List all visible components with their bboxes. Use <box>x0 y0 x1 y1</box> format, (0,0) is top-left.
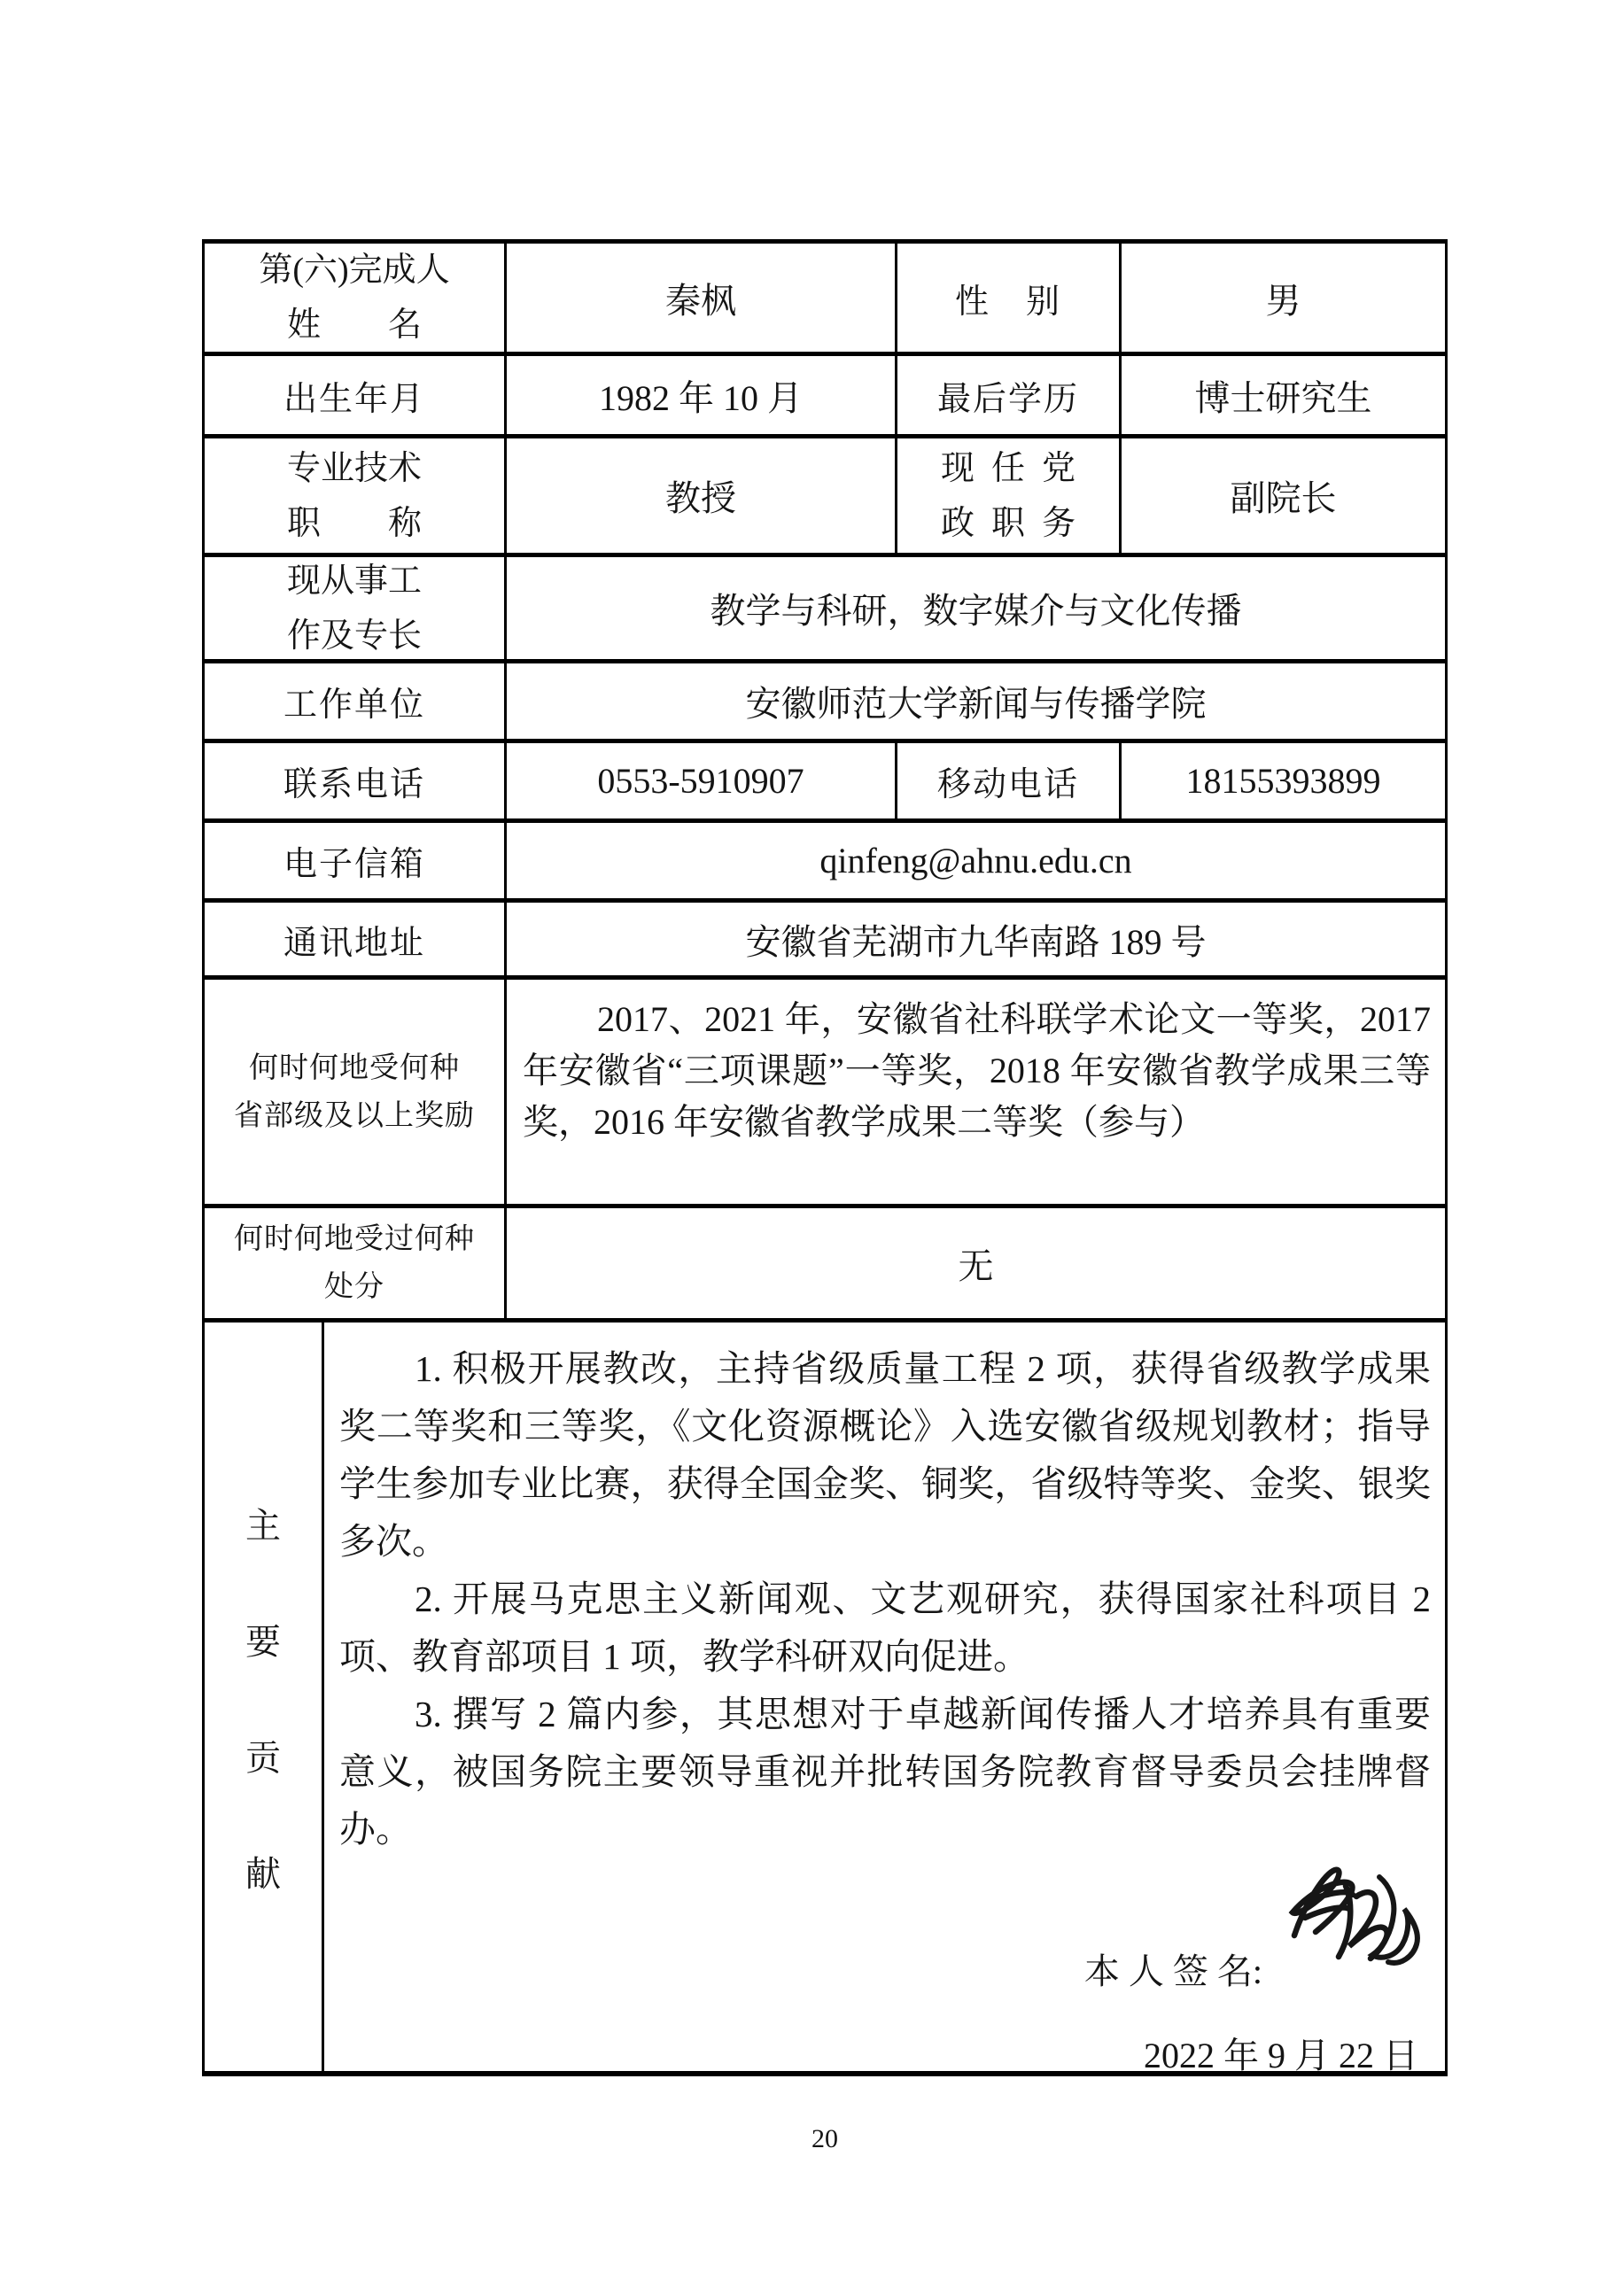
table-row: 何时何地受何种 省部级及以上奖励 2017、2021 年，安徽省社科联学术论文一… <box>205 980 1445 1208</box>
current-work-label-cell: 现从事工 作及专长 <box>205 557 507 659</box>
mobile-phone-value: 18155393899 <box>1122 743 1445 818</box>
current-post-value: 副院长 <box>1122 438 1445 553</box>
professional-title-value: 教授 <box>507 438 897 553</box>
completer-name-label-cell: 第(六)完成人 姓 名 <box>205 244 507 352</box>
awards-label-line2: 省部级及以上奖励 <box>234 1096 475 1136</box>
current-work-label: 现从事工 作及专长 <box>287 560 422 657</box>
main-contribution-content: 1. 积极开展教改，主持省级质量工程 2 项，获得省级教学成果奖二等奖和三等奖，… <box>324 1323 1445 2071</box>
current-work-label-line2: 作及专长 <box>287 615 422 657</box>
contribution-paragraph-3: 3. 撰写 2 篇内参，其思想对于卓越新闻传播人才培养具有重要意义，被国务院主要… <box>339 1686 1431 1858</box>
personal-info-table: 第(六)完成人 姓 名 秦枫 性 别 男 出生年月 1982 年 10 月 最后… <box>202 239 1448 2076</box>
contact-phone-label: 联系电话 <box>205 743 507 818</box>
page-number: 20 <box>202 2124 1448 2154</box>
main-contribution-label-char1: 主 <box>245 1498 281 1548</box>
work-unit-value: 安徽师范大学新闻与传播学院 <box>507 663 1445 739</box>
work-unit-label: 工作单位 <box>205 663 507 739</box>
professional-title-label-line2: 职 称 <box>287 502 422 545</box>
awards-label-cell: 何时何地受何种 省部级及以上奖励 <box>205 980 507 1204</box>
table-row: 工作单位 安徽师范大学新闻与传播学院 <box>205 663 1445 743</box>
final-education-label: 最后学历 <box>897 356 1122 434</box>
table-row: 电子信箱 qinfeng@ahnu.edu.cn <box>205 823 1445 903</box>
final-education-value: 博士研究生 <box>1122 356 1445 434</box>
punishment-label-cell: 何时何地受过何种 处分 <box>205 1208 507 1318</box>
birth-date-value: 1982 年 10 月 <box>507 356 897 434</box>
current-work-value: 教学与科研，数字媒介与文化传播 <box>507 557 1445 659</box>
professional-title-label: 专业技术 职 称 <box>287 447 422 545</box>
table-row: 出生年月 1982 年 10 月 最后学历 博士研究生 <box>205 356 1445 438</box>
professional-title-label-line1: 专业技术 <box>287 447 422 490</box>
awards-label-line1: 何时何地受何种 <box>234 1048 475 1089</box>
name-value: 秦枫 <box>507 244 897 352</box>
punishment-label: 何时何地受过何种 处分 <box>234 1219 475 1307</box>
contribution-paragraph-1: 1. 积极开展教改，主持省级质量工程 2 项，获得省级教学成果奖二等奖和三等奖，… <box>339 1340 1431 1571</box>
punishment-value: 无 <box>507 1208 1445 1318</box>
table-row: 专业技术 职 称 教授 现 任 党 政 职 务 副院长 <box>205 438 1445 557</box>
contribution-paragraph-2: 2. 开展马克思主义新闻观、文艺观研究，获得国家社科项目 2 项、教育部项目 1… <box>339 1571 1431 1686</box>
table-row: 何时何地受过何种 处分 无 <box>205 1208 1445 1323</box>
signature-label: 本 人 签 名: <box>1084 1943 1262 2000</box>
professional-title-label-cell: 专业技术 职 称 <box>205 438 507 553</box>
current-work-label-line1: 现从事工 <box>287 560 422 602</box>
awards-value: 2017、2021 年，安徽省社科联学术论文一等奖，2017 年安徽省“三项课题… <box>507 980 1445 1204</box>
main-contribution-label-char2: 要 <box>245 1614 281 1664</box>
sex-label: 性 别 <box>897 244 1122 352</box>
mobile-phone-label: 移动电话 <box>897 743 1122 818</box>
main-contribution-label-char4: 献 <box>245 1846 281 1897</box>
table-row: 现从事工 作及专长 教学与科研，数字媒介与文化传播 <box>205 557 1445 663</box>
signature-image <box>1261 1850 1429 1992</box>
table-row: 联系电话 0553-5910907 移动电话 18155393899 <box>205 743 1445 823</box>
punishment-label-line2: 处分 <box>234 1267 475 1307</box>
current-post-label-line2: 政 职 务 <box>941 502 1076 545</box>
current-post-label-cell: 现 任 党 政 职 务 <box>897 438 1122 553</box>
sex-value: 男 <box>1122 244 1445 352</box>
signature-date: 2022 年 9 月 22 日 <box>1144 2027 1418 2071</box>
main-contribution-label-char3: 贡 <box>245 1730 281 1780</box>
mailing-address-value: 安徽省芜湖市九华南路 189 号 <box>507 903 1445 975</box>
contact-phone-value: 0553-5910907 <box>507 743 897 818</box>
birth-date-label: 出生年月 <box>205 356 507 434</box>
current-post-label-line1: 现 任 党 <box>941 447 1076 490</box>
main-contribution-label: 主 要 贡 献 <box>205 1323 324 2071</box>
email-value: qinfeng@ahnu.edu.cn <box>507 823 1445 898</box>
completer-name-label-line2: 姓 名 <box>259 304 449 346</box>
table-row: 第(六)完成人 姓 名 秦枫 性 别 男 <box>205 244 1445 356</box>
mailing-address-label: 通讯地址 <box>205 903 507 975</box>
completer-name-label: 第(六)完成人 姓 名 <box>259 249 449 346</box>
punishment-label-line1: 何时何地受过何种 <box>234 1219 475 1260</box>
awards-label: 何时何地受何种 省部级及以上奖励 <box>234 1048 475 1136</box>
main-contribution-row: 主 要 贡 献 1. 积极开展教改，主持省级质量工程 2 项，获得省级教学成果奖… <box>205 1323 1445 2071</box>
email-label: 电子信箱 <box>205 823 507 898</box>
current-post-label: 现 任 党 政 职 务 <box>941 447 1076 545</box>
table-row: 通讯地址 安徽省芜湖市九华南路 189 号 <box>205 903 1445 980</box>
page: 第(六)完成人 姓 名 秦枫 性 别 男 出生年月 1982 年 10 月 最后… <box>0 0 1623 2296</box>
completer-name-label-line1: 第(六)完成人 <box>259 249 449 291</box>
